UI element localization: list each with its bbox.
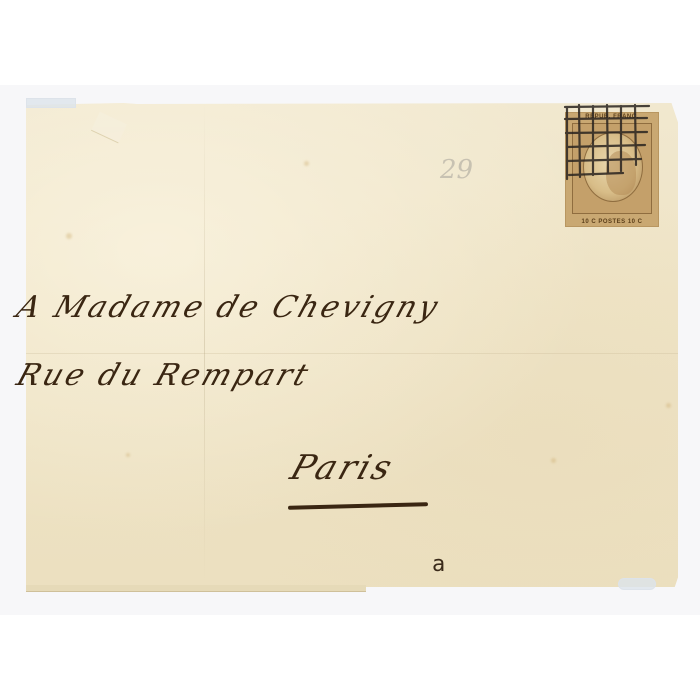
- stamp-value-text: 10 C POSTES 10 C: [566, 219, 658, 225]
- foxing-spot: [126, 453, 130, 457]
- fold-line-horizontal: [26, 353, 678, 354]
- foxing-spot: [66, 233, 72, 239]
- grid-cancel-icon: [563, 103, 653, 195]
- address-line-city: Paris: [286, 448, 400, 488]
- pencil-note: 29: [440, 155, 473, 185]
- mount-hinge-top-left: [26, 98, 76, 108]
- paper-tear: [91, 112, 127, 144]
- folded-flap-edge: [26, 585, 366, 592]
- foxing-spot: [666, 403, 671, 408]
- foxing-spot: [304, 161, 309, 166]
- address-line-street: Rue du Rempart: [12, 358, 315, 393]
- fold-line-vertical: [204, 103, 205, 587]
- foxing-spot: [551, 458, 556, 463]
- docket-mark: a: [432, 552, 445, 577]
- mount-hinge-bottom-right: [618, 578, 656, 590]
- address-line-recipient: A Madame de Chevigny: [12, 290, 445, 325]
